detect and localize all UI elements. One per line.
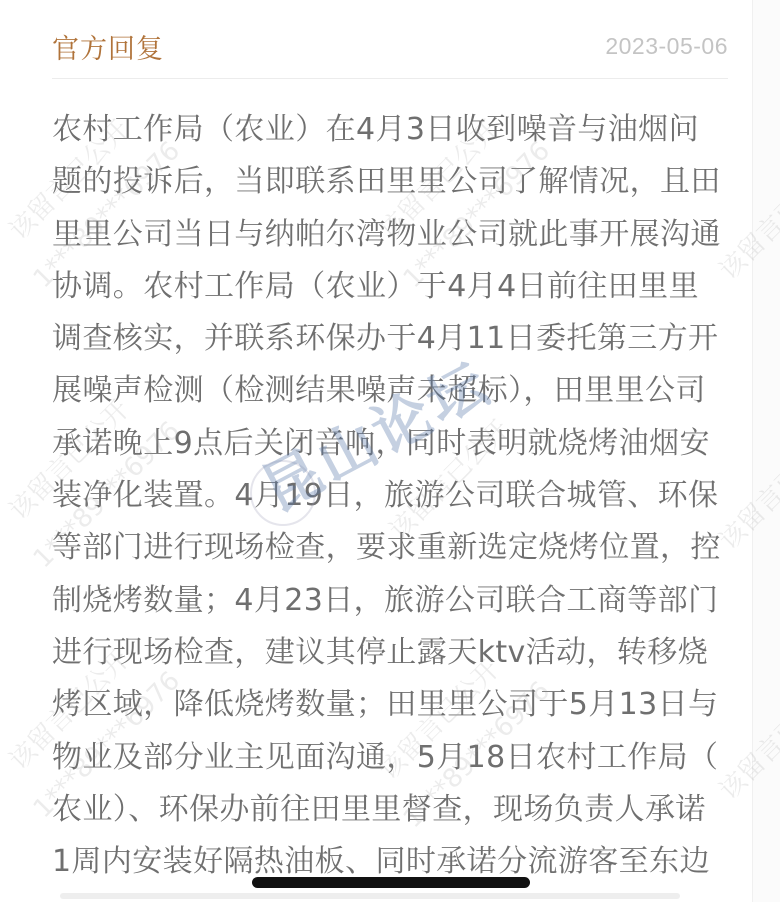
- reply-line: 农村工作局（农业）在4月3日收到噪音与油烟问: [52, 104, 732, 156]
- reply-line: 协调。农村工作局（农业）于4月4日前往田里里: [52, 261, 732, 313]
- reply-line: 物业及部分业主见面沟通，5月18日农村工作局（: [52, 732, 732, 784]
- reply-line: 里里公司当日与纳帕尔湾物业公司就此事开展沟通: [52, 209, 732, 261]
- reply-date: 2023-05-06: [605, 33, 728, 60]
- reply-line: 展噪声检测（检测结果噪声未超标），田里里公司: [52, 365, 732, 417]
- reply-body: 农村工作局（农业）在4月3日收到噪音与油烟问 题的投诉后，当即联系田里里公司了解…: [52, 104, 732, 888]
- card-bottom-shadow: [60, 893, 680, 899]
- forum-logo-icon: [250, 460, 316, 526]
- reply-line: 调查核实，并联系环保办于4月11日委托第三方开: [52, 313, 732, 365]
- reply-line: 题的投诉后，当即联系田里里公司了解情况，且田: [52, 156, 732, 208]
- home-indicator-bar[interactable]: [252, 877, 530, 888]
- reply-line: 装净化装置。4月19日，旅游公司联合城管、环保: [52, 470, 732, 522]
- official-reply-card: 官方回复 2023-05-06 农村工作局（农业）在4月3日收到噪音与油烟问 题…: [0, 0, 752, 902]
- reply-line: 等部门进行现场检查，要求重新选定烧烤位置，控: [52, 522, 732, 574]
- adjacent-card-edge: [752, 0, 780, 902]
- reply-line: 进行现场检查，建议其停止露天ktv活动，转移烧: [52, 627, 732, 679]
- reply-line: 承诺晚上9点后关闭音响，同时表明就烧烤油烟安: [52, 418, 732, 470]
- reply-header: 官方回复 2023-05-06: [52, 14, 728, 79]
- reply-title: 官方回复: [52, 27, 164, 66]
- reply-line: 农业）、环保办前往田里里督查，现场负责人承诺: [52, 784, 732, 836]
- reply-line: 制烧烤数量；4月23日，旅游公司联合工商等部门: [52, 575, 732, 627]
- reply-line: 烤区域，降低烧烤数量；田里里公司于5月13日与: [52, 679, 732, 731]
